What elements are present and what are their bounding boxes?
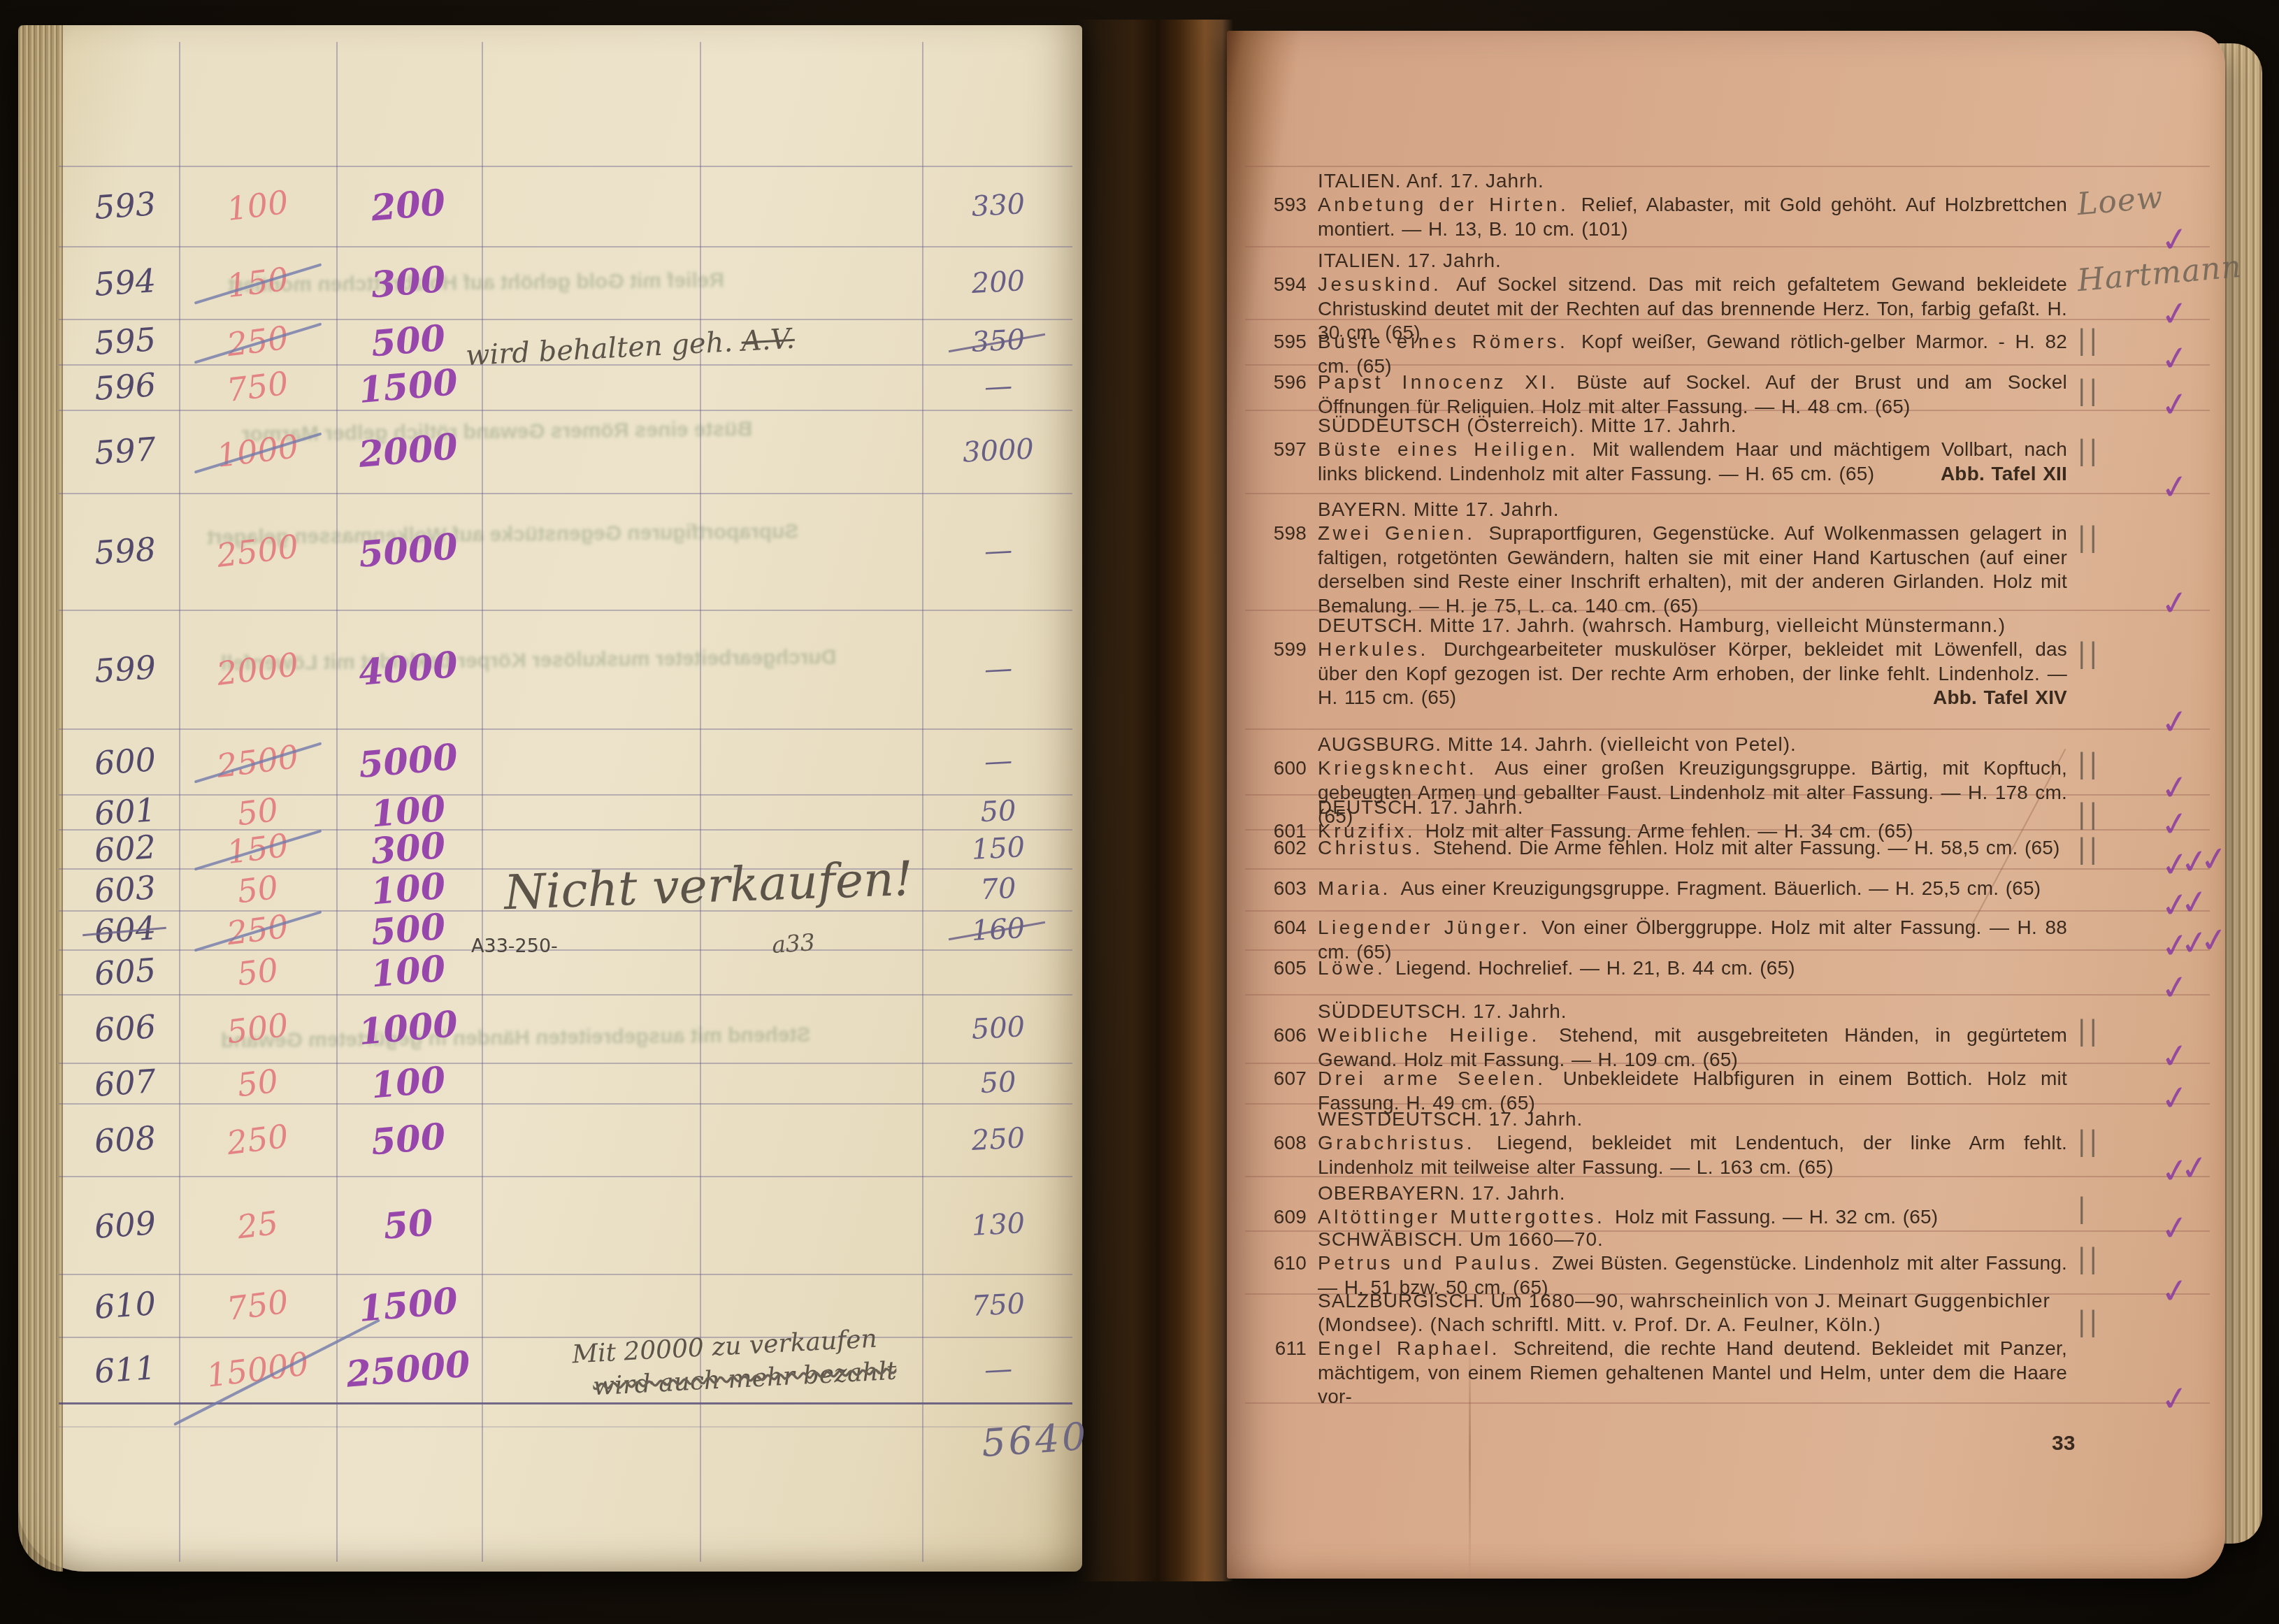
entry-number: 602	[1255, 836, 1307, 861]
ledger-row: 6075010050	[18, 1063, 1082, 1103]
ledger-row: 6065001000500	[18, 994, 1082, 1063]
catalog-separator-line	[1245, 994, 2210, 996]
ledger-realized-value: —	[921, 606, 1076, 733]
entry-number: 606	[1255, 1023, 1307, 1048]
entry-number: 609	[1255, 1205, 1307, 1230]
ledger-entry-number: 608	[71, 1100, 180, 1179]
catalog-entry: SÜDDEUTSCH. 17. Jahrh.606Weibliche Heili…	[1227, 1000, 2225, 1072]
entry-body: 611Engel Raphael. Schreitend, die rechte…	[1318, 1337, 2067, 1409]
ledger-old-price: 2000	[179, 601, 336, 737]
ledger-realized-value: —	[923, 725, 1074, 798]
ledger-new-price: 4000	[333, 604, 483, 735]
ledger-new-price: 300	[336, 240, 481, 324]
entry-body: 593Anbetung der Hirten. Relief, Alabaste…	[1318, 193, 2067, 241]
entry-region-header: AUGSBURG. Mitte 14. Jahrh. (vielleicht v…	[1318, 733, 2067, 756]
ledger-old-price: 2500	[180, 484, 336, 618]
margin-annotation: |	[2077, 1193, 2088, 1225]
catalog-entry: 603Maria. Aus einer Kreuzigungsgruppe. F…	[1227, 877, 2225, 901]
ledger-old-price: 15000	[182, 1328, 333, 1411]
ledger-row: 597100020003000	[18, 410, 1082, 493]
ledger-row: 60025005000—	[18, 728, 1082, 794]
ledger-entry-number: 600	[71, 725, 180, 798]
catalog-entry: 605Löwe. Liegend. Hochrelief. — H. 21, B…	[1227, 956, 2225, 981]
entry-item-name: Jesuskind.	[1318, 273, 1456, 295]
entry-body: 608Grabchristus. Liegend, bekleidet mit …	[1318, 1131, 2067, 1179]
grand-total: 5640	[980, 1414, 1090, 1466]
ledger-entry-number: 599	[69, 606, 181, 732]
ledger-row: 5967501500—	[18, 364, 1082, 410]
ledger-entry-number: 596	[71, 361, 179, 413]
entry-body: 605Löwe. Liegend. Hochrelief. — H. 21, B…	[1318, 956, 2067, 981]
catalog-separator-line	[1245, 166, 2210, 167]
ledger-entry-number: 606	[71, 991, 180, 1066]
catalog-separator-line	[1245, 868, 2210, 870]
entry-body: 598Zwei Genien. Supraportfiguren, Gegens…	[1318, 522, 2067, 618]
ledger-row: 594150300200	[18, 246, 1082, 319]
margin-annotation: ||	[2077, 833, 2100, 865]
ledger-new-price: 200	[335, 160, 481, 252]
margin-annotation: ||	[2077, 324, 2100, 357]
catalog-entry: 596Papst Innocenz XI. Büste auf Sockel. …	[1227, 371, 2225, 419]
entry-region-header: OBERBAYERN. 17. Jahrh.	[1318, 1181, 2067, 1205]
ledger-old-price: 25	[180, 1167, 335, 1282]
left-page: Relief mit Gold gehöht auf Holzbrettchen…	[18, 25, 1082, 1572]
handwritten-note: a33	[771, 928, 816, 958]
ledger-row: 6015010050	[18, 794, 1082, 829]
entry-number: 599	[1255, 638, 1307, 662]
ledger-realized-value: 3000	[922, 406, 1074, 497]
entry-item-name: Christus.	[1318, 837, 1433, 858]
entry-item-name: Herkules.	[1318, 638, 1444, 660]
entry-item-name: Büste eines Römers.	[1318, 331, 1581, 352]
entry-item-name: Büste eines Heiligen.	[1318, 438, 1593, 460]
entry-number: 604	[1255, 916, 1307, 940]
ledger-row: 602150300150	[18, 829, 1082, 868]
ledger-new-price: 5000	[336, 722, 480, 800]
entry-number: 597	[1255, 438, 1307, 462]
page-number: 33	[2052, 1432, 2075, 1456]
ledger-entry-number: 593	[70, 162, 180, 250]
catalog-entry: ITALIEN. Anf. 17. Jahrh.593Anbetung der …	[1227, 169, 2225, 241]
ledger-entry-number: 594	[71, 243, 180, 322]
catalog-separator-line	[1245, 246, 2210, 247]
catalog-entry: 602Christus. Stehend. Die Arme fehlen. H…	[1227, 836, 2225, 861]
ledger-new-price: 1000	[336, 988, 481, 1068]
margin-annotation: Loew	[2076, 180, 2164, 223]
ledger-realized-value: —	[923, 360, 1073, 413]
ledger-row: 6111500025000—	[18, 1337, 1082, 1402]
entry-body: 609Altöttinger Muttergottes. Holz mit Fa…	[1318, 1205, 2067, 1230]
ledger-row: 593100200330	[18, 166, 1082, 246]
handwritten-note: A33-250-	[471, 935, 558, 957]
ledger-entry-number: 595	[71, 315, 179, 368]
entry-item-name: Grabchristus.	[1318, 1132, 1497, 1154]
catalog-separator-line	[1245, 728, 2210, 730]
ledger-row: 59920004000—	[18, 610, 1082, 728]
margin-annotation: ||	[2077, 638, 2100, 670]
ledger-realized-value: 70	[923, 864, 1074, 914]
entry-item-name: Maria.	[1318, 877, 1401, 899]
plate-reference: Abb. Tafel XIV	[1933, 686, 2067, 710]
ledger-realized-value: 250	[922, 1100, 1074, 1180]
entry-item-name: Altöttinger Muttergottes.	[1318, 1206, 1615, 1228]
ledger-new-price: 500	[336, 1097, 481, 1181]
margin-annotation: ||	[2077, 748, 2100, 780]
entry-number: 608	[1255, 1131, 1307, 1156]
ledger-row: 6092550130	[18, 1176, 1082, 1274]
ledger-entry-number: 597	[70, 406, 180, 496]
entry-item-name: Papst Innocenz XI.	[1318, 371, 1576, 393]
entry-item-name: Liegender Jünger.	[1318, 917, 1541, 938]
ledger-realized-value: 130	[921, 1172, 1074, 1278]
entry-number: 598	[1255, 522, 1307, 546]
entry-region-header: SCHWÄBISCH. Um 1660—70.	[1318, 1228, 2067, 1251]
ledger-realized-value: —	[923, 1333, 1074, 1407]
entry-body: 603Maria. Aus einer Kreuzigungsgruppe. F…	[1318, 877, 2067, 901]
margin-annotation: ||	[2077, 1243, 2100, 1275]
ledger-new-price: 25000	[336, 1330, 480, 1408]
ledger-realized-value: 200	[922, 243, 1074, 323]
entry-item-name: Engel Raphael.	[1318, 1337, 1514, 1359]
ledger-row: 608250500250	[18, 1103, 1082, 1176]
entry-region-header: BAYERN. Mitte 17. Jahrh.	[1318, 498, 2067, 522]
entry-body: 597Büste eines Heiligen. Mit wallendem H…	[1318, 438, 2067, 486]
entry-number: 596	[1255, 371, 1307, 395]
entry-item-name: Anbetung der Hirten.	[1318, 194, 1581, 215]
ledger-row: 6107501500750	[18, 1274, 1082, 1337]
ledger-row-line	[59, 1426, 1072, 1428]
book-scan: Relief mit Gold gehöht auf Holzbrettchen…	[0, 0, 2279, 1624]
ledger-new-price: 50	[334, 1170, 482, 1280]
margin-annotation: ||	[2077, 1015, 2100, 1047]
entry-region-header: DEUTSCH. Mitte 17. Jahrh. (wahrsch. Hamb…	[1318, 614, 2067, 638]
ledger-entry-number: 609	[69, 1172, 180, 1277]
catalog-entry: BAYERN. Mitte 17. Jahrh.598Zwei Genien. …	[1227, 498, 2225, 618]
ledger-realized-value: —	[921, 489, 1075, 614]
ledger-entry-number: 605	[71, 946, 179, 998]
catalog-entry: SÜDDEUTSCH (Österreich). Mitte 17. Jahrh…	[1227, 414, 2225, 486]
ledger-entry-number: 610	[71, 1270, 180, 1340]
entry-number: 611	[1255, 1337, 1307, 1361]
ledger-entry-number: 603	[71, 865, 179, 914]
margin-annotation: ||	[2077, 375, 2100, 407]
right-page: 33 ITALIEN. Anf. 17. Jahrh.593Anbetung d…	[1227, 31, 2225, 1579]
entry-item-name: Drei arme Seelen.	[1318, 1068, 1563, 1089]
entry-item-name: Petrus und Paulus.	[1318, 1252, 1552, 1274]
margin-annotation: ||	[2077, 435, 2100, 467]
entry-number: 600	[1255, 756, 1307, 781]
ledger-realized-value: 750	[923, 1270, 1074, 1341]
catalog-entry: WESTDEUTSCH. 17. Jahrh.608Grabchristus. …	[1227, 1107, 2225, 1179]
entry-number: 610	[1255, 1251, 1307, 1276]
entry-item-name: Zwei Genien.	[1318, 522, 1489, 544]
entry-number: 603	[1255, 877, 1307, 901]
ledger-new-price: 2000	[335, 404, 482, 499]
catalog-entry: SALZBURGISCH. Um 1680—90, wahrscheinlich…	[1227, 1289, 2225, 1409]
entry-region-header: WESTDEUTSCH. 17. Jahrh.	[1318, 1107, 2067, 1131]
ledger-realized-value: 500	[923, 991, 1074, 1067]
ledger-entry-number: 611	[71, 1333, 180, 1406]
entry-number: 607	[1255, 1067, 1307, 1091]
entry-item-name: Löwe.	[1318, 957, 1395, 979]
margin-annotation: ||	[2077, 522, 2100, 554]
catalog-entry: OBERBAYERN. 17. Jahrh.609Altöttinger Mut…	[1227, 1181, 2225, 1230]
entry-region-header: DEUTSCH. 17. Jahrh.	[1318, 796, 2067, 819]
ledger-realized-value: 330	[922, 162, 1074, 250]
entry-region-header: SÜDDEUTSCH. 17. Jahrh.	[1318, 1000, 2067, 1023]
entry-region-header: SÜDDEUTSCH (Österreich). Mitte 17. Jahrh…	[1318, 414, 2067, 438]
entry-region-header: ITALIEN. 17. Jahrh.	[1318, 249, 2067, 273]
entry-number: 605	[1255, 956, 1307, 981]
catalog-entry: DEUTSCH. Mitte 17. Jahrh. (wahrsch. Hamb…	[1227, 614, 2225, 710]
entry-region-header: SALZBURGISCH. Um 1680—90, wahrscheinlich…	[1318, 1289, 2067, 1337]
margin-annotation: ||	[2077, 798, 2100, 831]
ledger-new-price: 5000	[333, 487, 483, 616]
entry-number: 595	[1255, 330, 1307, 354]
entry-body: 599Herkules. Durchgearbeiteter muskulöse…	[1318, 638, 2067, 710]
entry-item-name: Kriegsknecht.	[1318, 757, 1495, 779]
entry-number: 593	[1255, 193, 1307, 217]
ledger-entry-number: 598	[69, 489, 181, 613]
margin-annotation: ||	[2077, 1126, 2100, 1158]
catalog-separator-line	[1245, 493, 2210, 494]
entry-region-header: ITALIEN. Anf. 17. Jahrh.	[1318, 169, 2067, 193]
entry-body: 602Christus. Stehend. Die Arme fehlen. H…	[1318, 836, 2067, 861]
book-gutter	[1077, 20, 1233, 1581]
entry-number: 594	[1255, 273, 1307, 297]
entry-item-name: Weibliche Heilige.	[1318, 1024, 1559, 1046]
margin-annotation: ||	[2077, 1306, 2100, 1338]
ledger-entry-number: 607	[71, 1059, 179, 1107]
entry-body: 596Papst Innocenz XI. Büste auf Sockel. …	[1318, 371, 2067, 419]
ledger-row: 59825005000—	[18, 493, 1082, 610]
entry-body: 606Weibliche Heilige. Stehend, mit ausge…	[1318, 1023, 2067, 1072]
plate-reference: Abb. Tafel XII	[1941, 462, 2067, 487]
catalog-separator-line	[1245, 910, 2210, 912]
